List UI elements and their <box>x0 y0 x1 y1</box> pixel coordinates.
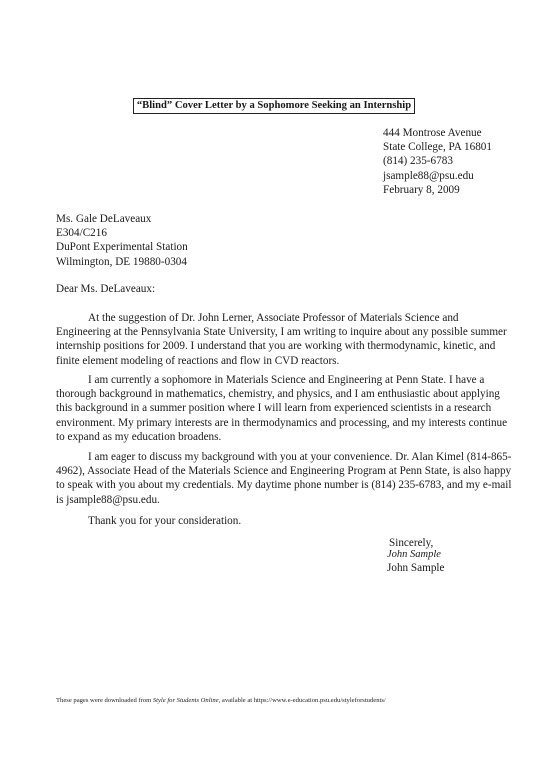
recipient-address: Ms. Gale DeLaveaux E304/C216 DuPont Expe… <box>56 212 188 269</box>
footer-suffix: , available at https://www.e-education.p… <box>219 697 386 704</box>
sender-street: 444 Montrose Avenue <box>383 126 492 140</box>
letter-date: February 8, 2009 <box>383 183 460 197</box>
footer-source-title: Style for Students Online <box>153 697 219 704</box>
signature: John Sample <box>387 548 441 562</box>
recipient-organization: DuPont Experimental Station <box>56 240 188 254</box>
recipient-city: Wilmington, DE 19880-0304 <box>56 255 188 269</box>
document-title: “Blind” Cover Letter by a Sophomore Seek… <box>133 98 415 114</box>
salutation: Dear Ms. DeLaveaux: <box>56 282 155 296</box>
footer-prefix: These pages were downloaded from <box>56 697 153 704</box>
typed-name: John Sample <box>387 561 445 575</box>
sender-address: 444 Montrose Avenue State College, PA 16… <box>383 126 492 183</box>
body-paragraph: At the suggestion of Dr. John Lerner, As… <box>56 311 514 368</box>
sender-city: State College, PA 16801 <box>383 140 492 154</box>
sender-email: jsample88@psu.edu <box>383 169 492 183</box>
body-paragraph: I am eager to discuss my background with… <box>56 450 514 507</box>
body-paragraph: Thank you for your consideration. <box>56 514 514 528</box>
body-paragraph: I am currently a sophomore in Materials … <box>56 373 514 444</box>
sender-phone: (814) 235-6783 <box>383 154 492 168</box>
recipient-name: Ms. Gale DeLaveaux <box>56 212 188 226</box>
recipient-room: E304/C216 <box>56 226 188 240</box>
footer-note: These pages were downloaded from Style f… <box>56 697 386 705</box>
